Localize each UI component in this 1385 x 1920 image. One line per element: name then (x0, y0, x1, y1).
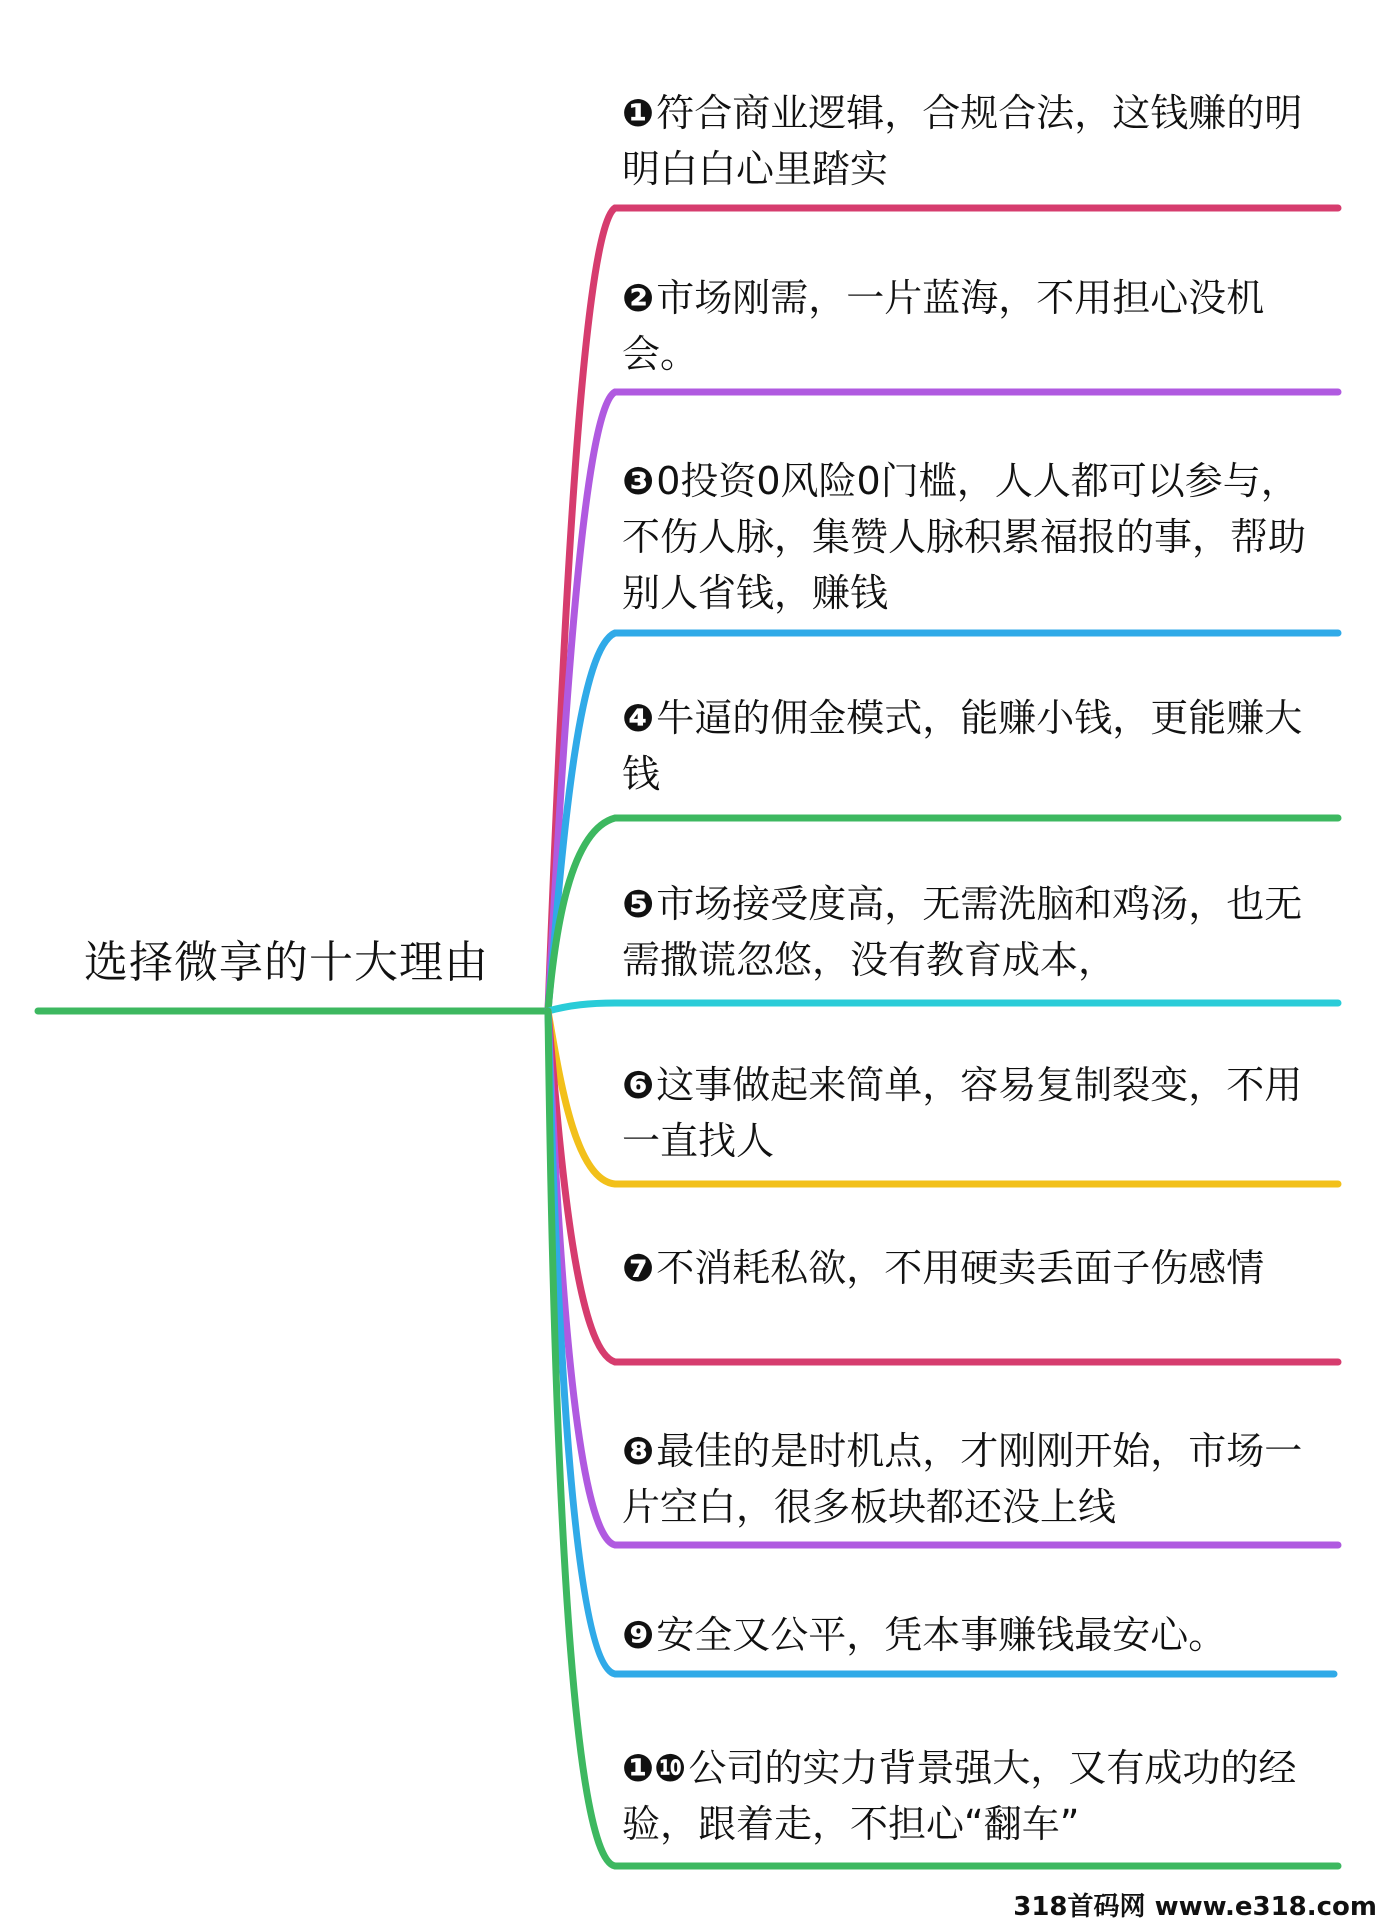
number-badge-icon: ❷ (622, 276, 654, 320)
number-badge-icon: ❻ (622, 1063, 654, 1107)
mindmap-canvas: 选择微享的十大理由 ❶符合商业逻辑，合规合法，这钱赚的明明白白心里踏实 ❷市场刚… (0, 0, 1385, 1920)
number-badge-icon: ❺ (622, 882, 654, 926)
number-badge-icon: ❾ (622, 1613, 654, 1657)
node-text: 符合商业逻辑，合规合法，这钱赚的明明白白心里踏实 (622, 91, 1302, 191)
branch-5-connector (548, 1003, 1338, 1011)
watermark: 318首码网 www.e318.com (1013, 1886, 1377, 1920)
number-badge-icon: ❸ (622, 459, 654, 503)
mindmap-node-3: ❸0投资0风险0门槛，人人都可以参与，不伤人脉，集赞人脉积累福报的事，帮助别人省… (622, 453, 1322, 621)
mindmap-node-4: ❹牛逼的佣金模式，能赚小钱，更能赚大钱 (622, 690, 1322, 802)
number-badge-icon: ❶ (622, 91, 654, 135)
mindmap-node-8: ❽最佳的是时机点，才刚刚开始，市场一片空白，很多板块都还没上线 (622, 1423, 1322, 1535)
node-text: 牛逼的佣金模式，能赚小钱，更能赚大钱 (622, 696, 1302, 796)
mindmap-node-6: ❻这事做起来简单，容易复制裂变，不用一直找人 (622, 1057, 1322, 1169)
number-badge-icon: ❼ (622, 1246, 654, 1290)
node-text: 安全又公平，凭本事赚钱最安心。 (656, 1613, 1226, 1657)
mindmap-node-2: ❷市场刚需，一片蓝海，不用担心没机会。 (622, 270, 1322, 382)
node-text: 0投资0风险0门槛，人人都可以参与，不伤人脉，集赞人脉积累福报的事，帮助别人省钱… (622, 459, 1306, 615)
number-badge-icon: ❹ (622, 696, 654, 740)
mindmap-node-10: ❶❿公司的实力背景强大，又有成功的经验，跟着走，不担心“翻车” (622, 1740, 1322, 1852)
mindmap-node-5: ❺市场接受度高，无需洗脑和鸡汤，也无需撒谎忽悠，没有教育成本， (622, 876, 1322, 988)
node-text: 市场刚需，一片蓝海，不用担心没机会。 (622, 276, 1264, 376)
mindmap-node-1: ❶符合商业逻辑，合规合法，这钱赚的明明白白心里踏实 (622, 85, 1322, 197)
node-text: 这事做起来简单，容易复制裂变，不用一直找人 (622, 1063, 1302, 1163)
root-node-title: 选择微享的十大理由 (84, 935, 489, 991)
mindmap-node-9: ❾安全又公平，凭本事赚钱最安心。 (622, 1607, 1322, 1663)
node-text: 最佳的是时机点，才刚刚开始，市场一片空白，很多板块都还没上线 (622, 1429, 1302, 1529)
node-text: 不消耗私欲，不用硬卖丢面子伤感情 (656, 1246, 1264, 1290)
node-text: 市场接受度高，无需洗脑和鸡汤，也无需撒谎忽悠，没有教育成本， (622, 882, 1302, 982)
number-badge-icon: ❶❿ (622, 1746, 686, 1790)
number-badge-icon: ❽ (622, 1429, 654, 1473)
node-text: 公司的实力背景强大，又有成功的经验，跟着走，不担心“翻车” (622, 1746, 1296, 1846)
mindmap-node-7: ❼不消耗私欲，不用硬卖丢面子伤感情 (622, 1240, 1322, 1296)
